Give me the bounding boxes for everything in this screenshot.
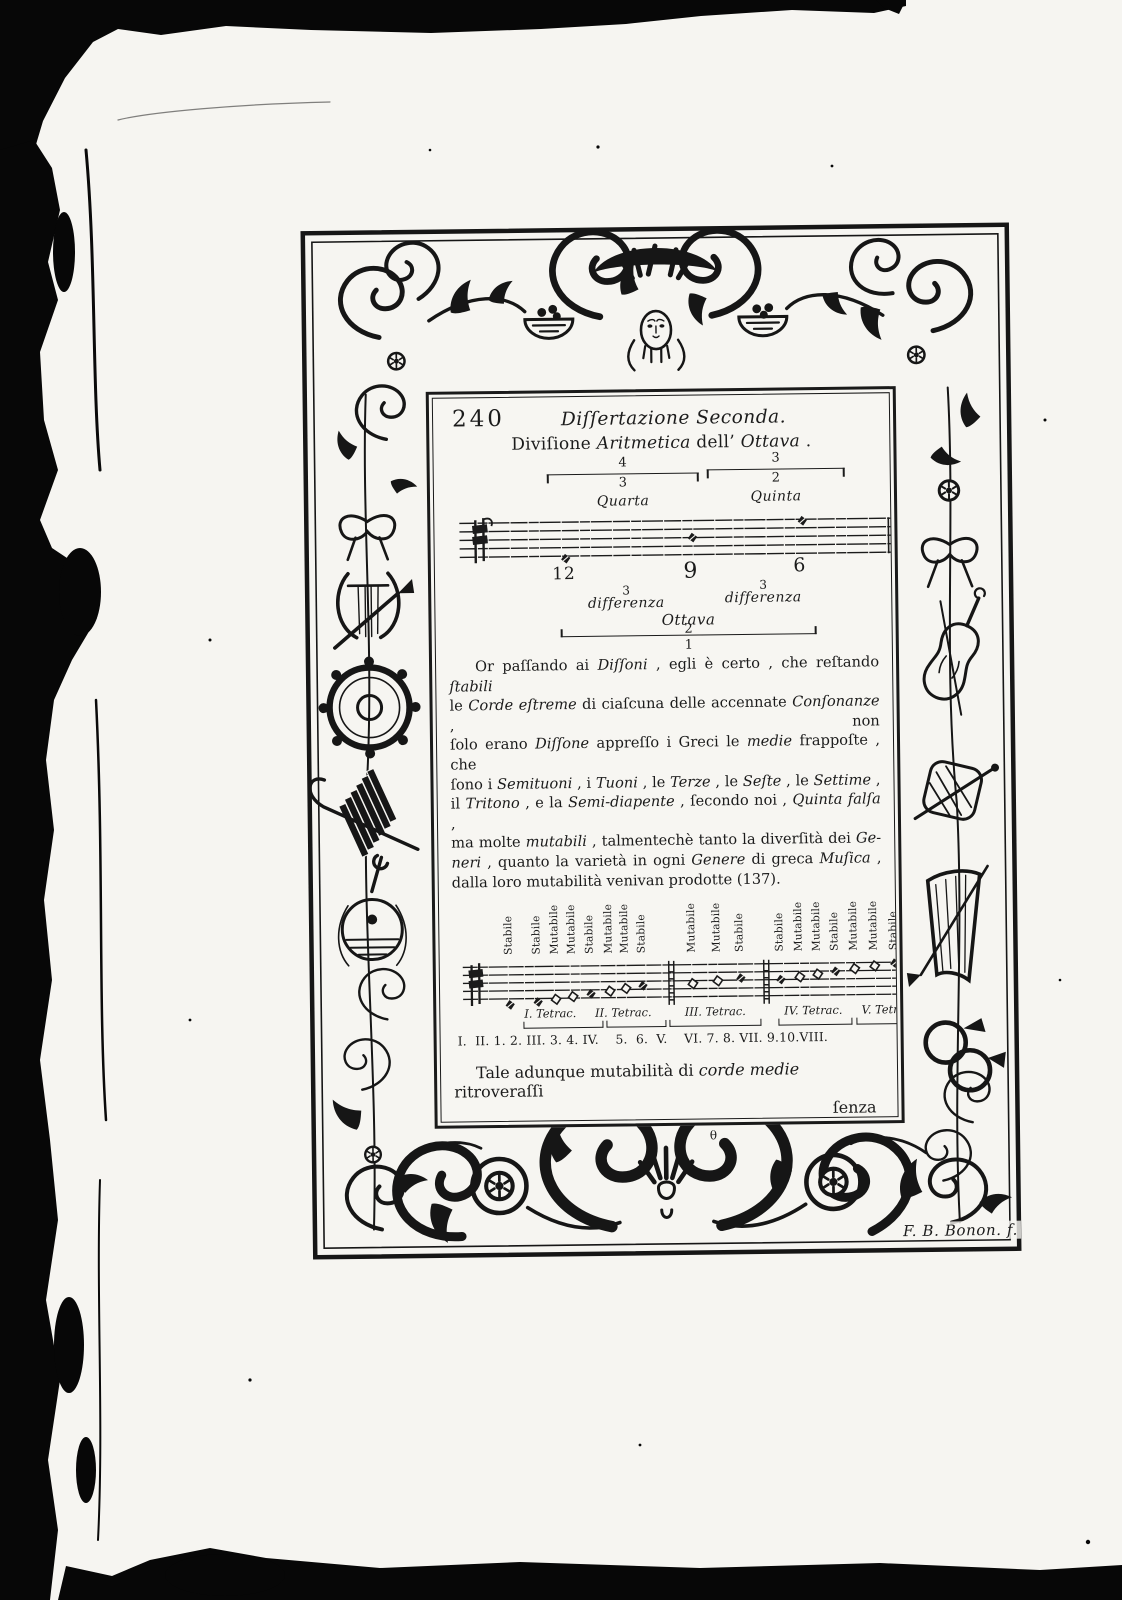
scanned-book-page: 240 Diſſertazione Seconda. Diviſione Ari…: [0, 0, 1122, 1600]
tetrachord-barline: [669, 961, 675, 1005]
genus-label: Mutabile: [868, 890, 879, 950]
text-run: Diſſone: [535, 735, 589, 753]
panpipes-icon: [306, 753, 417, 880]
text-line: Or paſſando ai Diſſoni , egli è certo , …: [449, 652, 879, 696]
text-run: Diſſoni: [597, 656, 647, 674]
text-run: neri: [451, 854, 481, 871]
text-run: corde medie: [699, 1059, 800, 1079]
text-run: ſono i: [450, 776, 497, 794]
text-run: Conſonanze: [792, 693, 880, 711]
text-line: ſenza: [454, 1097, 884, 1121]
note-diamond: [849, 963, 860, 974]
genus-label: Stabile: [774, 892, 785, 952]
page-header: 240 Diſſertazione Seconda.: [446, 401, 876, 432]
text-run: , quanto la varietà in ogni: [481, 852, 691, 872]
text-run: Tritono: [465, 795, 519, 813]
text-run: , i: [572, 774, 596, 791]
text-run: , e la: [520, 794, 569, 812]
tetrachord-label: V. Tetr.: [862, 1002, 899, 1016]
genus-label: Mutabile: [619, 894, 630, 954]
text-line: ſolo erano Diſſone appreſſo i Greci le m…: [450, 731, 880, 775]
text-run: Aritmetica: [597, 433, 691, 454]
text-run: ma molte: [451, 834, 526, 852]
genus-label: Mutabile: [549, 894, 560, 954]
note-diamond: [551, 994, 562, 1005]
text-run: appreſſo i Greci le: [589, 733, 747, 752]
violin-icon: [902, 576, 1010, 715]
genus-label: Mutabile: [686, 893, 697, 953]
text-run: , le: [638, 773, 670, 790]
ratio-denominator: 3: [619, 475, 627, 490]
text-run: ſtabili: [449, 678, 493, 696]
text-run: Corde eſtreme: [468, 696, 577, 714]
text-line: il Tritono , e la Semi-diapente , ſecond…: [451, 789, 881, 833]
genus-label: Stabile: [888, 890, 899, 950]
note-diamond: [605, 986, 616, 997]
text-run: ,: [871, 771, 881, 788]
text-run: .: [800, 431, 812, 451]
tetrachord-label: I. Tetrac.: [524, 1006, 576, 1021]
interval-label: Quarta: [597, 493, 650, 510]
text-run: dell’: [690, 432, 740, 453]
text-run: , talmentechè tanto la diverſità dei: [587, 830, 856, 850]
text-run: Seſte: [743, 772, 782, 789]
ratio-numerator: 3: [771, 451, 779, 466]
text-run: ritroveraſſi: [454, 1082, 543, 1102]
staff-1: [451, 512, 898, 568]
harp-icon: [906, 866, 989, 987]
text-run: Diviſione: [511, 434, 597, 455]
engraved-border-frame: 240 Diſſertazione Seconda. Diviſione Ari…: [300, 222, 1023, 1261]
tetrachord-label: IV. Tetrac.: [784, 1003, 842, 1018]
text-run: Settime: [813, 771, 871, 789]
text-line: le Corde eſtreme di ciaſcuna delle accen…: [449, 692, 879, 736]
engraver-signature: F. B. Bonon. f.: [900, 1221, 1021, 1240]
musical-trophy-right: [899, 387, 1018, 1223]
text-run: mutabili: [526, 833, 587, 851]
end-barline: [888, 516, 893, 553]
note-diamond: [621, 983, 632, 994]
genus-label: Stabile: [734, 892, 745, 952]
genus-label: Stabile: [531, 895, 542, 955]
text-run: ,: [871, 849, 882, 866]
text-run: , le: [781, 772, 813, 789]
lyre-trumpet-icon: [334, 573, 415, 648]
text-run: , egli è certo , che reſtando: [647, 653, 879, 673]
text-run: di ciaſcuna delle accennate: [577, 694, 793, 714]
text-run: Semituoni: [497, 775, 572, 793]
text-run: Genere: [691, 851, 745, 869]
lute-icon: [338, 855, 407, 966]
mask-ornament: [340, 227, 972, 374]
ratio-numerator: 2: [684, 622, 692, 637]
string-length-12: 12: [552, 564, 576, 584]
running-title: Diſſertazione Seconda.: [505, 406, 842, 431]
text-panel-inner: 240 Diſſertazione Seconda. Diviſione Ari…: [432, 392, 899, 1123]
body-paragraph: Or paſſando ai Diſſoni , egli è certo , …: [449, 652, 882, 892]
differenza-label: differenza: [588, 595, 665, 612]
genus-label: Mutabile: [848, 891, 859, 951]
text-run: Tale adunque mutabilità di: [476, 1061, 699, 1083]
text-panel: 240 Diſſertazione Seconda. Diviſione Ari…: [426, 386, 905, 1129]
text-run: Tuoni: [596, 774, 638, 792]
differenza-label: differenza: [725, 589, 802, 606]
note-diamond: [688, 978, 699, 989]
text-run: Ge-: [856, 830, 881, 847]
ratio-denominator: 1: [685, 638, 693, 653]
note-diamond: [812, 969, 823, 980]
interval-label: Quinta: [750, 488, 801, 505]
genus-label: Stabile: [829, 891, 840, 951]
text-run: ſenza: [833, 1098, 877, 1118]
tetrachord-diagram: I. II. 1. 2. III. 3. 4. IV. 5. 6. V. VI.…: [452, 890, 884, 1057]
ratio-numerator: 4: [618, 455, 626, 470]
flower-bowl-icon: [525, 305, 573, 339]
text-run: dalla loro mutabilità venivan prodotte (…: [452, 870, 781, 891]
note-diamond: [568, 991, 579, 1002]
text-run: , ſecondo noi ,: [675, 792, 793, 810]
octave-division-diagram: 4 3 Quarta 3 2 Quinta: [447, 454, 879, 655]
genus-label: Mutabile: [711, 892, 722, 952]
text-line: Tale adunque mutabilità di corde medie r…: [454, 1058, 884, 1101]
text-run: Ottava: [741, 431, 801, 452]
flower-bowl-icon: [739, 303, 787, 336]
text-run: medie: [747, 733, 792, 751]
text-run: di greca: [745, 850, 819, 868]
musical-trophy-left: [302, 385, 429, 1230]
closing-lines: Tale adunque mutabilità di corde medie r…: [454, 1058, 885, 1121]
text-run: le: [449, 698, 468, 715]
text-run: Terze: [670, 773, 711, 790]
signature-mark: θ: [710, 1128, 717, 1142]
note-diamond: [712, 975, 723, 986]
genus-label: Mutabile: [566, 894, 577, 954]
tetrachord-bracket: [606, 1019, 666, 1028]
degree-number-row: I. II. 1. 2. III. 3. 4. IV. 5. 6. V. VI.…: [458, 1029, 829, 1049]
horns-icon: [925, 1018, 1006, 1091]
section-title: Diviſione Aritmetica dell’ Ottava .: [446, 430, 876, 455]
string-length-6: 6: [793, 554, 806, 576]
tetrachord-bracket: [523, 1020, 603, 1029]
tetrachord-bracket: [856, 1016, 898, 1025]
tetrachord-barline: [764, 960, 770, 1004]
tetrachord-bracket: [669, 1018, 761, 1027]
genus-label: Stabile: [503, 895, 514, 955]
genus-label: Mutabile: [793, 891, 804, 951]
ratio-denominator: 2: [772, 471, 780, 486]
tetrachord-label: II. Tetrac.: [595, 1005, 652, 1020]
text-run: Muſica: [819, 849, 871, 867]
text-run: ſolo erano: [450, 736, 535, 754]
text-run: ,: [451, 815, 456, 832]
text-run: Quinta falſa: [792, 790, 880, 808]
text-run: Or paſſando ai: [475, 657, 598, 675]
note-diamond: [794, 971, 805, 982]
genus-label: Mutabile: [811, 891, 822, 951]
tetrachord-bracket: [778, 1017, 852, 1026]
text-run: , le: [711, 773, 743, 790]
page-number: 240: [452, 406, 505, 433]
genus-label: Stabile: [636, 893, 647, 953]
string-length-9: 9: [683, 559, 698, 584]
genus-label: Mutabile: [603, 894, 614, 954]
text-run: il: [451, 796, 466, 813]
text-run: Semi-diapente: [568, 793, 675, 811]
tetrachord-label: III. Tetrac.: [685, 1004, 746, 1019]
genus-label: Stabile: [584, 894, 595, 954]
